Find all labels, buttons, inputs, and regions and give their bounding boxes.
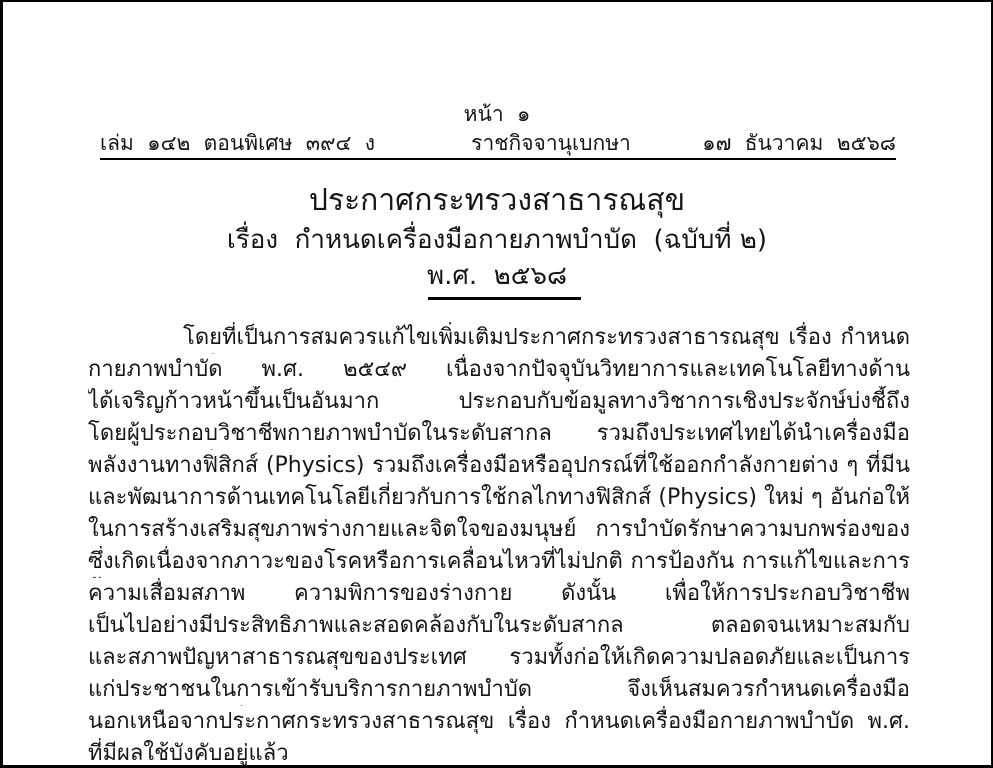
body-line: ความเสื่อมสภาพ ความพิการของร่างกาย ดังนั… bbox=[88, 578, 910, 610]
body-line: พลังงานทางฟิสิกส์ (Physics) รวมถึงเครื่อ… bbox=[88, 450, 910, 482]
body-line: และสภาพปัญหาสาธารณสุขของประเทศ รวมทั้งก่… bbox=[88, 642, 910, 674]
announcement-title: ประกาศกระทรวงสาธารณสุข bbox=[3, 183, 991, 219]
announcement-subject: เรื่อง กำหนดเครื่องมือกายภาพบำบัด (ฉบับท… bbox=[3, 223, 991, 257]
body-line: ได้เจริญก้าวหน้าขึ้นเป็นอันมาก ประกอบกับ… bbox=[88, 386, 910, 418]
announcement-year: พ.ศ. ๒๕๖๘ bbox=[3, 259, 991, 293]
body-line: โดยผู้ประกอบวิชาชีพกายภาพบำบัดในระดับสาก… bbox=[88, 418, 910, 450]
body-line: กายภาพบำบัด พ.ศ. ๒๕๔๙ เนื่องจากปัจจุบันว… bbox=[88, 354, 910, 386]
body-line: แก่ประชาชนในการเข้ารับบริการกายภาพบำบัด … bbox=[88, 674, 910, 706]
header-rule-divider bbox=[100, 158, 896, 160]
body-line: เป็นไปอย่างมีประสิทธิภาพและสอดคล้องกับใน… bbox=[88, 610, 910, 642]
body-line: ในการสร้างเสริมสุขภาพร่างกายและจิตใจของม… bbox=[88, 514, 910, 546]
title-divider-rule bbox=[428, 297, 581, 300]
gazette-page: หน้า ๑ เล่ม ๑๔๒ ตอนพิเศษ ๓๙๔ ง ราชกิจจาน… bbox=[0, 0, 993, 768]
page-number-label: หน้า ๑ bbox=[3, 100, 991, 128]
announcement-body: โดยที่เป็นการสมควรแก้ไขเพิ่มเติมประกาศกร… bbox=[88, 322, 910, 768]
gazette-header-row: เล่ม ๑๔๒ ตอนพิเศษ ๓๙๔ ง ราชกิจจานุเบกษา … bbox=[100, 129, 896, 157]
body-line: ที่มีผลใช้บังคับอยู่แล้ว bbox=[88, 738, 910, 768]
body-line: ซึ่งเกิดเนื่องจากภาวะของโรคหรือการเคลื่อ… bbox=[88, 546, 910, 578]
publication-date: ๑๗ ธันวาคม ๒๕๖๘ bbox=[702, 129, 896, 157]
volume-issue-label: เล่ม ๑๔๒ ตอนพิเศษ ๓๙๔ ง bbox=[100, 129, 375, 157]
body-line: และพัฒนาการด้านเทคโนโลยีเกี่ยวกับการใช้ก… bbox=[88, 482, 910, 514]
body-line: โดยที่เป็นการสมควรแก้ไขเพิ่มเติมประกาศกร… bbox=[88, 322, 910, 354]
body-line: นอกเหนือจากประกาศกระทรวงสาธารณสุข เรื่อง… bbox=[88, 706, 910, 738]
gazette-name: ราชกิจจานุเบกษา bbox=[471, 129, 631, 157]
